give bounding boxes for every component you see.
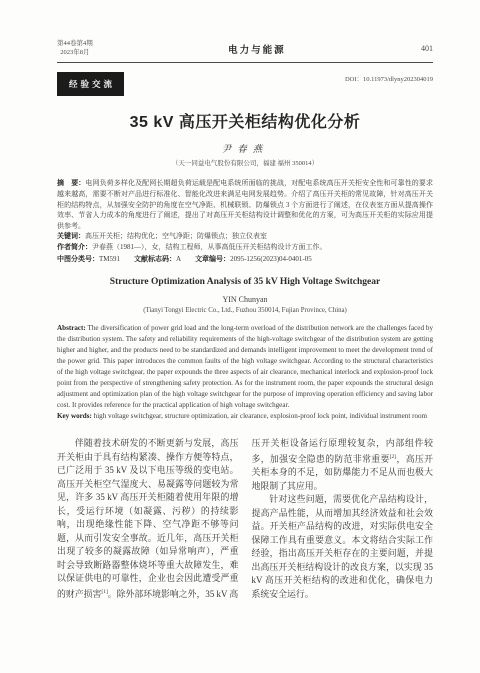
abstract-text-cn: 电网负荷多样化及配网长期超负荷运载是配电系统所面临的挑战，对配电系统高压开关柜安… xyxy=(57,179,433,230)
journal-title: 电力与能源 xyxy=(228,42,286,56)
abstract-en: Abstract: The diversification of power g… xyxy=(57,323,433,411)
doc-code-value: A xyxy=(176,255,181,263)
date-line: 2023年8月 xyxy=(57,49,93,58)
abstract-block-en: Abstract: The diversification of power g… xyxy=(57,323,433,422)
body-p1-text: 伴随着技术研发的不断更新与发展，高压开关柜由于具有结构紧凑、操作方便等特点，已广… xyxy=(57,438,239,598)
article-title-cn: 35 kV 高压开关柜结构优化分析 xyxy=(57,109,433,132)
abstract-label-cn: 摘 要： xyxy=(57,180,85,187)
clc-value: TM591 xyxy=(99,255,120,263)
keywords-label-cn: 关键词： xyxy=(57,233,85,240)
abstract-text-en: The diversification of power grid load a… xyxy=(57,324,433,409)
body-column-right: 压开关柜设备运行原理较复杂，内部组件较多，加强安全隐患的防范非常重要[2]，高压… xyxy=(252,437,434,601)
article-id-value: 2095-1256(2023)04-0401-05 xyxy=(230,255,312,263)
volume-issue: 第44卷第4期 2023年8月 xyxy=(57,40,93,57)
keywords-text-cn: 高压开关柜；结构优化；空气净距；防爆锁点；独立仪表室 xyxy=(85,232,267,240)
doi-row: 经验交流 DOI：10.11973/dlyny202304019 xyxy=(57,72,433,96)
author-bio-label: 作者简介： xyxy=(57,244,92,251)
body-paragraph-1: 伴随着技术研发的不断更新与发展，高压开关柜由于具有结构紧凑、操作方便等特点，已广… xyxy=(57,437,239,601)
body-p1-text-end: 。除外部环境影响之外，35 kV 高 xyxy=(108,589,239,599)
author-name-cn: 尹春燕 xyxy=(57,141,433,155)
clc-label: 中图分类号： xyxy=(57,256,99,263)
body-paragraph-1-continued: 压开关柜设备运行原理较复杂，内部组件较多，加强安全隐患的防范非常重要[2]，高压… xyxy=(252,437,434,493)
affiliation-cn: （天一同益电气股份有限公司，福建 福州 350014） xyxy=(57,158,433,167)
keywords-label-en: Key words: xyxy=(57,412,92,420)
column-badge: 经验交流 xyxy=(57,72,124,96)
journal-page: 第44卷第4期 2023年8月 电力与能源 401 经验交流 DOI：10.11… xyxy=(0,0,480,673)
author-name-en: YIN Chunyan xyxy=(57,295,433,304)
abstract-label-en: Abstract: xyxy=(57,324,86,332)
body-columns: 伴随着技术研发的不断更新与发展，高压开关柜由于具有结构紧凑、操作方便等特点，已广… xyxy=(57,437,433,601)
abstract-cn: 摘 要：电网负荷多样化及配网长期超负荷运载是配电系统所面临的挑战，对配电系统高压… xyxy=(57,178,433,231)
affiliation-en: (Tianyi Tongyi Electric Co., Ltd., Fuzho… xyxy=(57,307,433,314)
keywords-en: Key words: high voltage switchgear, stru… xyxy=(57,411,433,422)
journal-header: 第44卷第4期 2023年8月 电力与能源 401 xyxy=(57,40,433,63)
volume-line: 第44卷第4期 xyxy=(57,40,93,49)
article-id-label: 文章编号： xyxy=(195,256,230,263)
keywords-text-en: high voltage switchgear, structure optim… xyxy=(92,412,427,420)
author-bio: 作者简介：尹春燕（1981—），女，结构工程师，从事高低压开关柜结构设计方面工作… xyxy=(57,242,433,253)
classification-line: 中图分类号：TM591文献标志码：A文章编号：2095-1256(2023)04… xyxy=(57,254,433,265)
article-title-en: Structure Optimization Analysis of 35 kV… xyxy=(57,277,433,287)
keywords-cn: 关键词：高压开关柜；结构优化；空气净距；防爆锁点；独立仪表室 xyxy=(57,231,433,242)
doi-text: DOI：10.11973/dlyny202304019 xyxy=(345,74,433,83)
body-column-left: 伴随着技术研发的不断更新与发展，高压开关柜由于具有结构紧凑、操作方便等特点，已广… xyxy=(57,437,239,601)
page-number: 401 xyxy=(421,44,433,53)
doc-code-label: 文献标志码： xyxy=(134,256,176,263)
abstract-block-cn: 摘 要：电网负荷多样化及配网长期超负荷运载是配电系统所面临的挑战，对配电系统高压… xyxy=(57,178,433,265)
body-paragraph-2: 针对这些问题，需要优化产品结构设计，提高产品性能，从而增加其经济效益和社会效益。… xyxy=(252,493,434,601)
author-bio-text: 尹春燕（1981—），女，结构工程师，从事高低压开关柜结构设计方面工作。 xyxy=(92,243,327,251)
